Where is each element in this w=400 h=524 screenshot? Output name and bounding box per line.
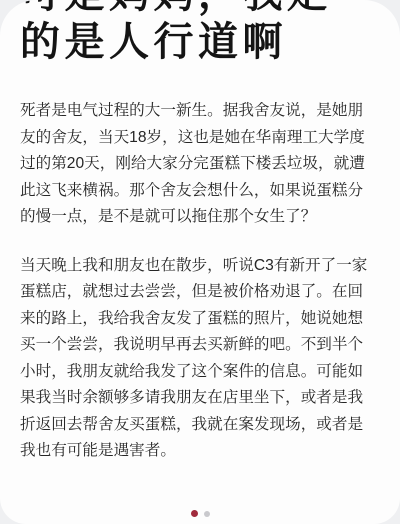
post-paragraph-2: 当天晚上我和朋友也在散步，听说C3有新开了一家 蛋糕店，就想过去尝尝，但是被价格… xyxy=(20,253,380,465)
post-title: 可是妈妈，我走 的是人行道啊 xyxy=(0,0,400,66)
pagination-dot[interactable] xyxy=(191,510,198,517)
pagination-dots[interactable] xyxy=(0,510,400,517)
post-paragraph-1: 死者是电气过程的大一新生。据我舍友说，是她朋 友的舍友，当天18岁，这也是她在华… xyxy=(20,98,380,231)
post-body: 死者是电气过程的大一新生。据我舍友说，是她朋 友的舍友，当天18岁，这也是她在华… xyxy=(0,98,400,465)
post-card: 可是妈妈，我走 的是人行道啊 死者是电气过程的大一新生。据我舍友说，是她朋 友的… xyxy=(0,0,400,524)
pagination-dot[interactable] xyxy=(204,511,210,517)
